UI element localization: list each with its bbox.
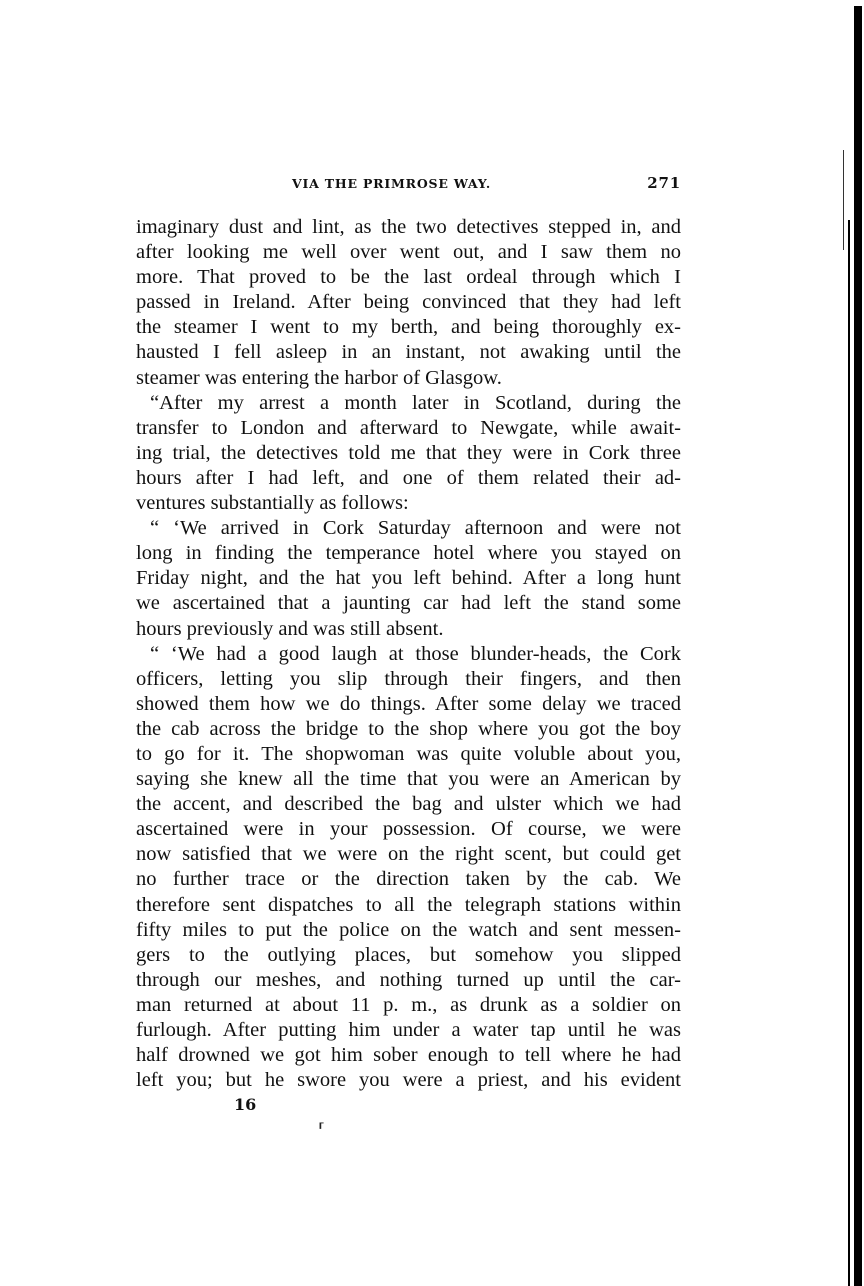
stray-mark: ⸢ xyxy=(318,1120,325,1141)
paragraph-start-line: “ ‘We arrived in Cork Saturday afternoon… xyxy=(136,516,681,541)
paragraph-start-line: “After my arrest a month later in Scotla… xyxy=(136,391,681,416)
paragraph-end-line: hours previously and was still absent. xyxy=(136,617,681,642)
text-line: long in finding the temperance hotel whe… xyxy=(136,541,681,566)
text-line: saying she knew all the time that you we… xyxy=(136,767,681,792)
text-line: through our meshes, and nothing turned u… xyxy=(136,968,681,993)
text-line: left you; but he swore you were a priest… xyxy=(136,1068,681,1093)
text-line: no further trace or the direction taken … xyxy=(136,867,681,892)
text-line: more. That proved to be the last ordeal … xyxy=(136,265,681,290)
running-head: VIA THE PRIMROSE WAY. 271 xyxy=(136,174,681,196)
scan-edge-artifact xyxy=(843,150,844,250)
text-line: passed in Ireland. After being convinced… xyxy=(136,290,681,315)
text-line: furlough. After putting him under a wate… xyxy=(136,1018,681,1043)
text-line: the steamer I went to my berth, and bein… xyxy=(136,315,681,340)
text-line: we ascertained that a jaunting car had l… xyxy=(136,591,681,616)
text-line: ing trial, the detectives told me that t… xyxy=(136,441,681,466)
text-line: imaginary dust and lint, as the two dete… xyxy=(136,215,681,240)
text-line: hours after I had left, and one of them … xyxy=(136,466,681,491)
text-line: showed them how we do things. After some… xyxy=(136,692,681,717)
text-line: now satisfied that we were on the right … xyxy=(136,842,681,867)
text-line: half drowned we got him sober enough to … xyxy=(136,1043,681,1068)
text-line: hausted I fell asleep in an instant, not… xyxy=(136,340,681,365)
page-number: 271 xyxy=(647,174,681,192)
text-line: to go for it. The shopwoman was quite vo… xyxy=(136,742,681,767)
book-page: VIA THE PRIMROSE WAY. 271 imaginary dust… xyxy=(0,0,864,1286)
text-line: the cab across the bridge to the shop wh… xyxy=(136,717,681,742)
text-line: gers to the outlying places, but somehow… xyxy=(136,943,681,968)
text-line: officers, letting you slip through their… xyxy=(136,667,681,692)
scan-edge-bar xyxy=(854,6,862,1286)
running-title: VIA THE PRIMROSE WAY. xyxy=(292,176,491,191)
scan-edge-line xyxy=(848,220,850,1286)
body-text: imaginary dust and lint, as the two dete… xyxy=(136,215,681,1093)
text-line: ascertained were in your possession. Of … xyxy=(136,817,681,842)
text-line: the accent, and described the bag and ul… xyxy=(136,792,681,817)
text-line: after looking me well over went out, and… xyxy=(136,240,681,265)
text-line: fifty miles to put the police on the wat… xyxy=(136,918,681,943)
paragraph-end-line: ventures substantially as follows: xyxy=(136,491,681,516)
text-line: transfer to London and afterward to Newg… xyxy=(136,416,681,441)
signature-mark: 16 xyxy=(234,1095,256,1114)
paragraph-end-line: steamer was entering the harbor of Glasg… xyxy=(136,366,681,391)
paragraph-start-line: “ ‘We had a good laugh at those blunder-… xyxy=(136,642,681,667)
text-line: man returned at about 11 p. m., as drunk… xyxy=(136,993,681,1018)
text-line: Friday night, and the hat you left behin… xyxy=(136,566,681,591)
text-line: therefore sent dispatches to all the tel… xyxy=(136,893,681,918)
